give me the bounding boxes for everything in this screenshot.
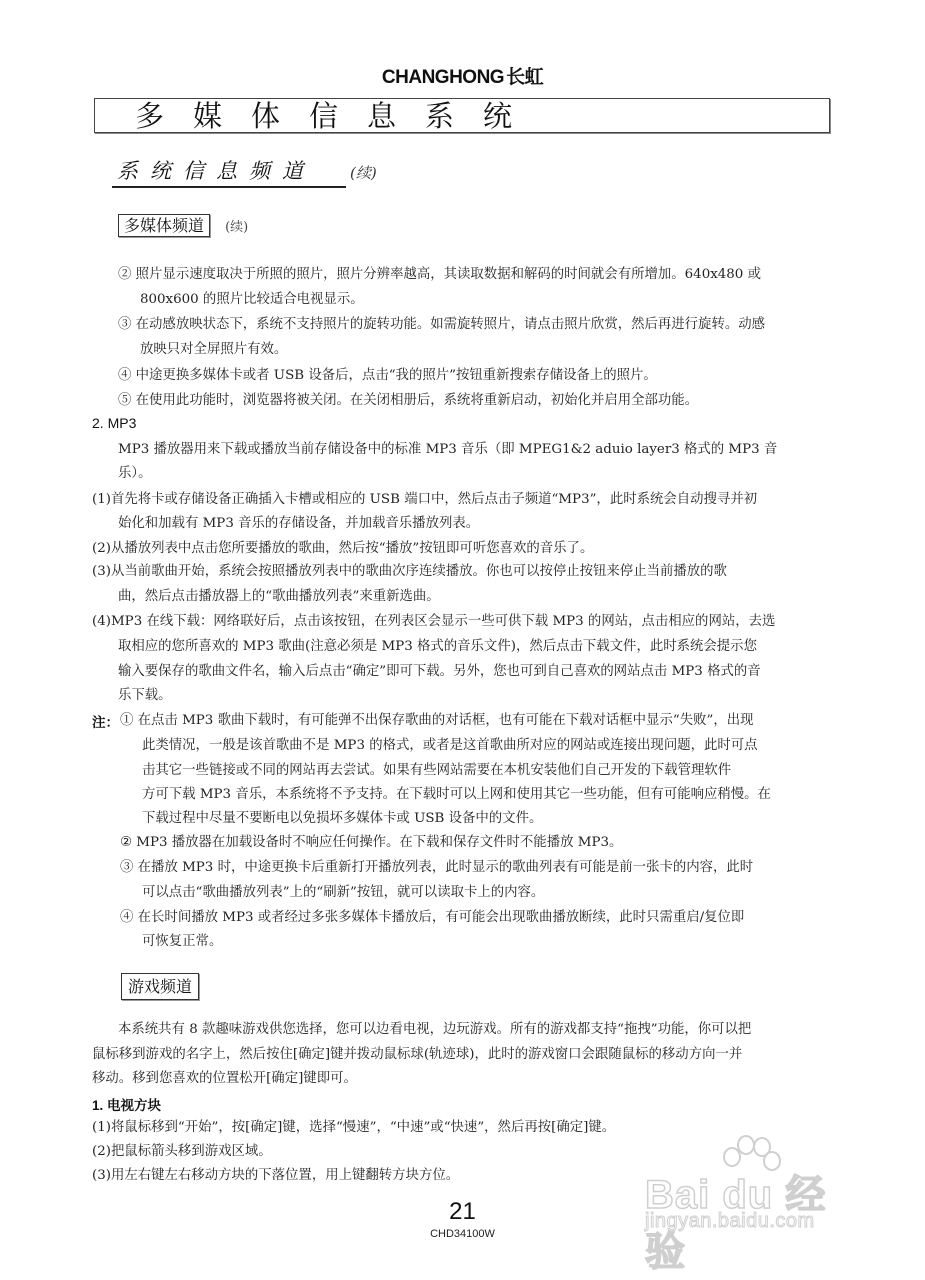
mp3-step-3-line-1: (3)从当前歌曲开始，系统会按照播放列表中的歌曲次序连续播放。你也可以按停止按钮… <box>92 562 727 582</box>
mp3-step-3-line-2: 曲，然后点击播放器上的“歌曲播放列表”来重新选曲。 <box>118 587 440 607</box>
mp3-step-4-line-2: 取相应的您所喜欢的 MP3 歌曲(注意必须是 MP3 格式的音乐文件)，然后点击… <box>118 637 757 657</box>
mp3-note-3-line-2: 可以点击“歌曲播放列表”上的“刷新”按钮，就可以读取卡上的内容。 <box>142 883 544 903</box>
multimedia-channel-label: 多媒体频道 <box>118 214 210 237</box>
mp3-note-3-line-1: ③ 在播放 MP3 时，中途更换卡后重新打开播放列表，此时显示的歌曲列表有可能是… <box>120 858 753 878</box>
game-intro-line-3: 移动。移到您喜欢的位置松开[确定]键即可。 <box>92 1069 357 1089</box>
photo-note-3-line-1: ③ 在动感放映状态下，系统不支持照片的旋转功能。如需旋转照片，请点击照片欣赏，然… <box>118 315 765 335</box>
mp3-note-4-line-1: ④ 在长时间播放 MP3 或者经过多张多媒体卡播放后，有可能会出现歌曲播放断续，… <box>120 908 744 928</box>
mp3-note-1-line-1: ① 在点击 MP3 歌曲下载时，有可能弹不出保存歌曲的对话框，也有可能在下载对话… <box>120 711 754 731</box>
brand-logo-en: CHANGHONG <box>382 67 504 88</box>
photo-note-5: ⑤ 在使用此功能时，浏览器将被关闭。在关闭相册后，系统将重新启动，初始化并启用全… <box>118 391 698 411</box>
tetris-heading: 1. 电视方块 <box>92 1094 161 1114</box>
section-continued: (续) <box>350 162 377 183</box>
mp3-step-4-line-1: (4)MP3 在线下载：网络联好后，点击该按钮，在列表区会显示一些可供下载 MP… <box>92 612 775 632</box>
multimedia-channel-continued: (续) <box>225 220 248 235</box>
photo-note-3-line-2: 放映只对全屏照片有效。 <box>140 340 287 360</box>
tetris-step-1: (1)将鼠标移到“开始”，按[确定]键，选择“慢速”，“中速”或“快速”，然后再… <box>92 1118 615 1138</box>
tetris-step-2: (2)把鼠标箭头移到游戏区域。 <box>92 1142 272 1162</box>
game-intro-line-1: 本系统共有 8 款趣味游戏供您选择，您可以边看电视，边玩游戏。所有的游戏都支持“… <box>118 1020 751 1040</box>
mp3-step-1-line-2: 始化和加载有 MP3 音乐的存储设备，并加载音乐播放列表。 <box>118 514 479 534</box>
tetris-step-3: (3)用左右键左右移动方块的下落位置，用上键翻转方块方位。 <box>92 1166 459 1186</box>
game-channel-header: 游戏频道 <box>121 976 199 998</box>
mp3-step-2: (2)从播放列表中点击您所要播放的歌曲，然后按“播放”按钮即可听您喜欢的音乐了。 <box>92 539 593 559</box>
mp3-heading: 2. MP3 <box>92 415 136 431</box>
brand-logo-cn: 长虹 <box>506 67 543 88</box>
game-intro-line-2: 鼠标移到游戏的名字上，然后按住[确定]键并拨动鼠标球(轨迹球)，此时的游戏窗口会… <box>92 1045 742 1065</box>
photo-note-4: ④ 中途更换多媒体卡或者 USB 设备后，点击“我的照片”按钮重新搜索存储设备上… <box>118 366 657 386</box>
note-label: 注： <box>92 711 119 731</box>
multimedia-channel-header: 多媒体频道 (续) <box>118 215 248 237</box>
mp3-note-1-line-3: 击其它一些链接或不同的网站再去尝试。如果有些网站需要在本机安装他们自己开发的下载… <box>142 761 731 781</box>
mp3-note-1-line-4: 方可下载 MP3 音乐，本系统将不予支持。在下载时可以上网和使用其它一些功能，但… <box>142 785 771 805</box>
photo-note-2-line-2: 800x600 的照片比较适合电视显示。 <box>140 290 364 310</box>
mp3-intro-line-2: 乐）。 <box>118 464 151 484</box>
mp3-note-1-line-2: 此类情况，一般是该首歌曲不是 MP3 的格式，或者是这首歌曲所对应的网站或连接出… <box>142 736 758 756</box>
watermark-url: jingyan.baidu.com <box>645 1210 815 1233</box>
mp3-intro-line-1: MP3 播放器用来下载或播放当前存储设备中的标准 MP3 音乐（即 MPEG1&… <box>118 440 777 460</box>
mp3-note-1-line-5: 下载过程中尽量不要断电以免损坏多媒体卡或 USB 设备中的文件。 <box>142 809 542 829</box>
section-underline <box>112 186 346 188</box>
mp3-step-4-line-3: 输入要保存的歌曲文件名，输入后点击“确定”即可下载。另外，您也可到自己喜欢的网站… <box>118 662 761 682</box>
mp3-step-4-line-4: 乐下载。 <box>118 686 172 706</box>
mp3-step-1-line-1: (1)首先将卡或存储设备正确插入卡槽或相应的 USB 端口中，然后点击子频道“M… <box>92 490 757 510</box>
section-title: 系统信息频道 <box>117 155 315 185</box>
brand-logo: CHANGHONG长虹 <box>0 62 925 89</box>
mp3-note-2: ② MP3 播放器在加载设备时不响应任何操作。在下载和保存文件时不能播放 MP3… <box>120 833 622 853</box>
mp3-note-4-line-2: 可恢复正常。 <box>142 932 222 952</box>
page-title: 多媒体信息系统 <box>135 100 541 132</box>
page-title-box: 多媒体信息系统 <box>94 98 830 133</box>
game-channel-label: 游戏频道 <box>121 973 199 1000</box>
photo-note-2-line-1: ② 照片显示速度取决于所照的照片，照片分辨率越高，其读取数据和解码的时间就会有所… <box>118 265 761 285</box>
baidu-watermark: Bai du 经验 jingyan.baidu.com <box>645 1135 855 1245</box>
